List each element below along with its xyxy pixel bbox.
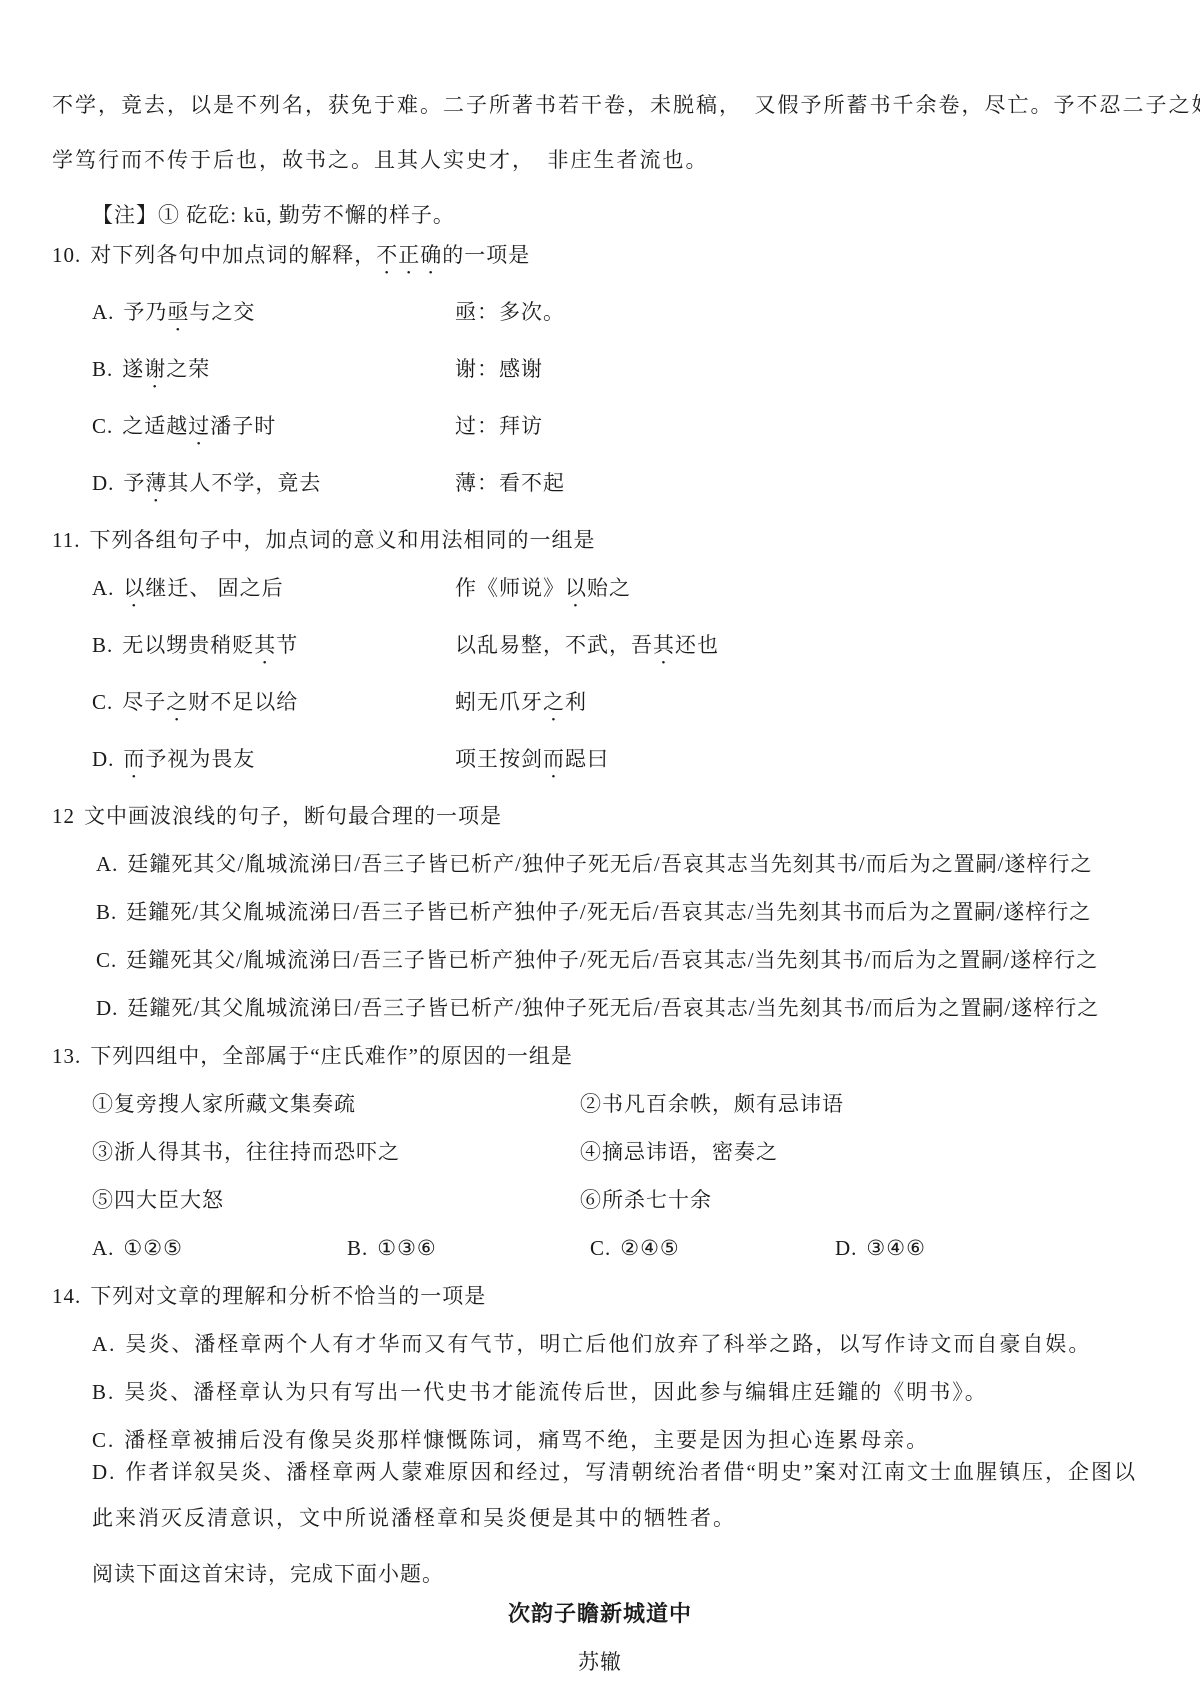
option-sentence: 吴炎、潘柽章认为只有写出一代史书才能流传后世，因此参与编辑庄廷鑨的《明书》。 [124, 1380, 988, 1404]
option-sentence: 尽子之财不足以给 [122, 690, 298, 714]
option-sentence: 以继迁、 固之后 [123, 576, 283, 600]
option-sentence: 予乃亟与之交 [123, 300, 255, 324]
poem-intro: 阅读下面这首宋诗，完成下面小题。 [92, 1559, 1160, 1589]
question-10-option-a: A.予乃亟与之交 亟：多次。 [92, 297, 1160, 336]
option-label: C. [92, 690, 113, 714]
option-label: A. [92, 300, 114, 324]
option-sentence: 无以甥贵稍贬其节 [122, 633, 298, 657]
question-13-stem: 13.下列四组中，全部属于“庄氏难作”的原因的一组是 [52, 1041, 1160, 1071]
answer-d: D.③④⑥ [835, 1233, 926, 1263]
question-12-option-c: C.廷鑨死其父/胤城流涕曰/吾三子皆已析产独仲子/死无后/吾哀其志/当先刻其书/… [96, 945, 1160, 975]
option-label: B. [92, 357, 113, 381]
question-12-option-b: B.廷鑨死/其父胤城流涕曰/吾三子皆已析产独仲子/死无后/吾哀其志/当先刻其书而… [96, 897, 1160, 927]
option-label: B. [92, 633, 113, 657]
item-6: ⑥所杀七十余 [580, 1185, 712, 1215]
passage-line-2: 学笃行而不传于后也，故书之。且其人实史才， 非庄生者流也。 [52, 145, 1160, 175]
question-13-answer-row: A.①②⑤ B.①③⑥ C.②④⑤ D.③④⑥ [92, 1233, 1160, 1263]
option-label: D. [92, 471, 114, 495]
option-sentence: 廷鑨死其父/胤城流涕曰/吾三子皆已析产独仲子/死无后/吾哀其志/当先刻其书/而后… [126, 948, 1098, 972]
question-11-stem: 11.下列各组句子中，加点词的意义和用法相同的一组是 [52, 525, 1160, 555]
question-13-text: 下列四组中，全部属于“庄氏难作”的原因的一组是 [90, 1044, 573, 1068]
question-11-option-d: D.而予视为畏友 项王按剑而跽曰 [92, 744, 1160, 783]
question-13-items-row-3: ⑤四大臣大怒 ⑥所杀七十余 [92, 1185, 1160, 1215]
answer-b: B.①③⑥ [347, 1233, 590, 1263]
poem-title: 次韵子瞻新城道中 [52, 1599, 1148, 1629]
option-sentence: 而予视为畏友 [123, 747, 255, 771]
question-12-option-d: D.廷鑨死/其父胤城流涕曰/吾三子皆已析产/独仲子死无后/吾哀其志/当先刻其书/… [96, 993, 1160, 1023]
answer-c: C.②④⑤ [590, 1233, 835, 1263]
option-label: B. [96, 900, 117, 924]
question-10-number: 10. [52, 243, 81, 267]
question-10-stem: 10.对下列各句中加点词的解释，不正确的一项是 [52, 240, 1160, 279]
question-13-number: 13. [52, 1044, 81, 1068]
question-11-text: 下列各组句子中，加点词的意义和用法相同的一组是 [89, 528, 595, 552]
option-gloss: 谢：感谢 [455, 354, 543, 393]
option-gloss: 薄：看不起 [455, 468, 565, 507]
option-sentence: 作者详叙吴炎、潘柽章两人蒙难原因和经过，写清朝统治者借“明史”案对江南文士血腥镇… [92, 1460, 1137, 1530]
option-sentence: 以乱易整，不武，吾其还也 [455, 630, 719, 669]
exam-page: 不学，竟去，以是不列名，获免于难。二子所著书若干卷，未脱稿， 又假予所蓄书千余卷… [0, 0, 1200, 1698]
answer-a: A.①②⑤ [92, 1233, 347, 1263]
passage-line-1: 不学，竟去，以是不列名，获免于难。二子所著书若干卷，未脱稿， 又假予所蓄书千余卷… [52, 90, 1160, 120]
option-label: D. [92, 1460, 116, 1484]
question-14-option-b: B.吴炎、潘柽章认为只有写出一代史书才能流传后世，因此参与编辑庄廷鑨的《明书》。 [92, 1377, 1160, 1407]
question-14-option-a: A.吴炎、潘柽章两个人有才华而又有气节，明亡后他们放弃了科举之路，以写作诗文而自… [92, 1329, 1160, 1359]
question-10-option-d: D.予薄其人不学，竟去 薄：看不起 [92, 468, 1160, 507]
question-11-option-c: C.尽子之财不足以给 蚓无爪牙之利 [92, 687, 1160, 726]
question-11-number: 11. [52, 528, 80, 552]
question-10-text: 对下列各句中加点词的解释，不正确的一项是 [90, 243, 530, 267]
option-sentence: 予薄其人不学，竟去 [123, 471, 321, 495]
poem-author: 苏辙 [52, 1647, 1148, 1677]
option-sentence: 之适越过潘子时 [122, 414, 276, 438]
question-11-option-b: B.无以甥贵稍贬其节 以乱易整，不武，吾其还也 [92, 630, 1160, 669]
item-4: ④摘忌讳语，密奏之 [580, 1137, 778, 1167]
option-sentence: 蚓无爪牙之利 [455, 687, 587, 726]
question-14-stem: 14.下列对文章的理解和分析不恰当的一项是 [52, 1281, 1160, 1311]
option-label: D. [96, 996, 118, 1020]
question-12-stem: 12文中画波浪线的句子，断句最合理的一项是 [52, 801, 1160, 831]
option-label: B. [92, 1380, 115, 1404]
question-11-option-a: A.以继迁、 固之后 作《师说》以贻之 [92, 573, 1160, 612]
question-14-text: 下列对文章的理解和分析不恰当的一项是 [90, 1284, 486, 1308]
question-12-text: 文中画波浪线的句子，断句最合理的一项是 [84, 804, 502, 828]
option-sentence: 项王按剑而跽曰 [455, 744, 609, 783]
question-10-option-b: B.遂谢之荣 谢：感谢 [92, 354, 1160, 393]
option-sentence: 廷鑨死其父/胤城流涕曰/吾三子皆已析产/独仲子死无后/吾哀其志当先刻其书/而后为… [127, 852, 1092, 876]
option-label: C. [96, 948, 117, 972]
option-sentence: 廷鑨死/其父胤城流涕曰/吾三子皆已析产/独仲子死无后/吾哀其志/当先刻其书/而后… [127, 996, 1099, 1020]
item-5: ⑤四大臣大怒 [92, 1185, 580, 1215]
option-label: A. [92, 1332, 116, 1356]
question-12-option-a: A.廷鑨死其父/胤城流涕曰/吾三子皆已析产/独仲子死无后/吾哀其志当先刻其书/而… [96, 849, 1160, 879]
option-label: D. [92, 747, 114, 771]
item-1: ①复旁搜人家所藏文集奏疏 [92, 1089, 580, 1119]
item-3: ③浙人得其书，往往持而恐吓之 [92, 1137, 580, 1167]
question-14-option-d: D.作者详叙吴炎、潘柽章两人蒙难原因和经过，写清朝统治者借“明史”案对江南文士血… [92, 1449, 1160, 1541]
option-sentence: 廷鑨死/其父胤城流涕曰/吾三子皆已析产独仲子/死无后/吾哀其志/当先刻其书而后为… [126, 900, 1091, 924]
option-sentence: 作《师说》以贻之 [455, 573, 631, 612]
option-label: A. [96, 852, 118, 876]
option-sentence: 吴炎、潘柽章两个人有才华而又有气节，明亡后他们放弃了科举之路，以写作诗文而自豪自… [125, 1332, 1091, 1356]
footnote-line: 【注】① 矻矻: kū, 勤劳不懈的样子。 [92, 200, 1160, 230]
question-12-number: 12 [52, 804, 75, 828]
question-13-items-row-1: ①复旁搜人家所藏文集奏疏 ②书凡百余帙，颇有忌讳语 [92, 1089, 1160, 1119]
option-gloss: 过：拜访 [455, 411, 543, 450]
option-label: A. [92, 576, 114, 600]
option-gloss: 亟：多次。 [455, 297, 565, 336]
option-sentence: 遂谢之荣 [122, 357, 210, 381]
question-14-number: 14. [52, 1284, 81, 1308]
item-2: ②书凡百余帙，颇有忌讳语 [580, 1089, 844, 1119]
question-10-option-c: C.之适越过潘子时 过：拜访 [92, 411, 1160, 450]
option-label: C. [92, 414, 113, 438]
question-13-items-row-2: ③浙人得其书，往往持而恐吓之 ④摘忌讳语，密奏之 [92, 1137, 1160, 1167]
